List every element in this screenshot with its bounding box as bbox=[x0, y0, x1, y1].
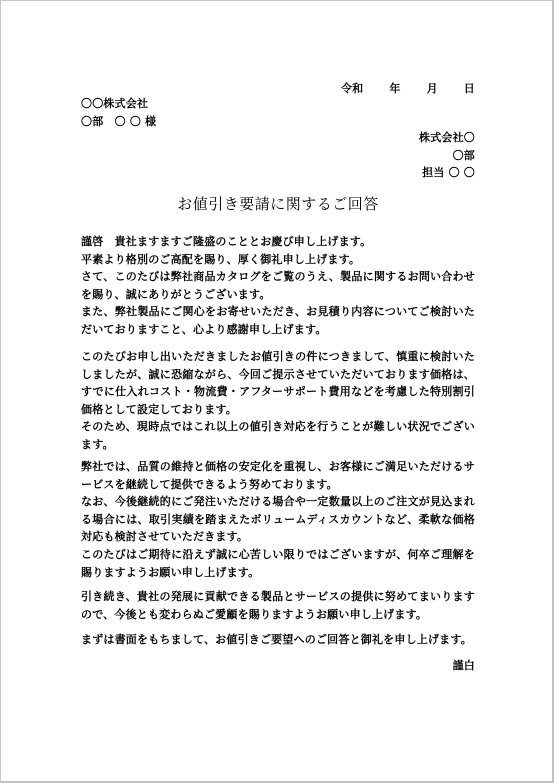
paragraph-line: 引き続き、貴社の発展に貢献できる製品とサービスの提供に努めてまいりますので、今後… bbox=[81, 588, 475, 623]
date-day: 日 bbox=[464, 80, 475, 98]
date-era: 令和 bbox=[341, 80, 363, 98]
sender-person: 担当 〇 〇 bbox=[419, 164, 475, 182]
recipient-person: 〇部 〇 〇 様 bbox=[81, 113, 156, 131]
paragraph-policy: 弊社では、品質の維持と価格の安定化を重視し、お客様にご満足いただけるサービスを継… bbox=[81, 458, 475, 546]
sender-block: 株式会社〇 〇部 担当 〇 〇 bbox=[419, 129, 475, 182]
paragraph-line: このたびはご期待に沿えず誠に心苦しい限りではございますが、何卒ご理解を賜りますよ… bbox=[81, 546, 475, 581]
sender-company: 株式会社〇 bbox=[419, 129, 475, 147]
paragraph-conclusion: まずは書面をもちまして、お値引きご要望へのご回答と御礼を申し上げます。 bbox=[81, 631, 475, 649]
date-line: 令和年月日 bbox=[341, 80, 475, 98]
paragraph-greeting: 謹啓 貴社ますますご隆盛のこととお慶び申し上げます。 平素より格別のご高配を賜り… bbox=[81, 233, 475, 268]
document-page: 令和年月日 〇〇株式会社 〇部 〇 〇 様 株式会社〇 〇部 担当 〇 〇 お値… bbox=[0, 0, 554, 783]
date-month: 月 bbox=[427, 80, 438, 98]
document-title: お値引き要請に関するご回答 bbox=[81, 196, 475, 214]
paragraph-decline: このたびお申し出いただきましたお値引きの件につきまして、慎重に検討いたしましたが… bbox=[81, 348, 475, 454]
paragraph-line: なお、今後継続的にご発注いただける場合や一定数量以上のご注文が見込まれる場合には… bbox=[81, 493, 475, 546]
paragraph-line: そのため、現時点ではこれ以上の値引き対応を行うことが難しい状況でございます。 bbox=[81, 418, 475, 453]
recipient-block: 〇〇株式会社 〇部 〇 〇 様 bbox=[81, 95, 156, 130]
paragraph-line: また、弊社製品にご関心をお寄せいただき、お見積り内容についてご検討いただいており… bbox=[81, 303, 475, 338]
closing-word: 謹白 bbox=[453, 657, 475, 675]
recipient-company: 〇〇株式会社 bbox=[81, 95, 156, 113]
paragraph-apology: このたびはご期待に沿えず誠に心苦しい限りではございますが、何卒ご理解を賜りますよ… bbox=[81, 546, 475, 581]
date-year: 年 bbox=[389, 80, 400, 98]
paragraph-line: まずは書面をもちまして、お値引きご要望へのご回答と御礼を申し上げます。 bbox=[81, 631, 475, 649]
paragraph-line: さて、このたびは弊社商品カタログをご覧のうえ、製品に関するお問い合わせを賜り、誠… bbox=[81, 268, 475, 303]
sender-department: 〇部 bbox=[419, 147, 475, 165]
paragraph-line: 謹啓 貴社ますますご隆盛のこととお慶び申し上げます。 bbox=[81, 233, 475, 251]
paragraph-continuation: 引き続き、貴社の発展に貢献できる製品とサービスの提供に努めてまいりますので、今後… bbox=[81, 588, 475, 623]
paragraph-line: このたびお申し出いただきましたお値引きの件につきまして、慎重に検討いたしましたが… bbox=[81, 348, 475, 418]
paragraph-line: 弊社では、品質の維持と価格の安定化を重視し、お客様にご満足いただけるサービスを継… bbox=[81, 458, 475, 493]
paragraph-thanks: さて、このたびは弊社商品カタログをご覧のうえ、製品に関するお問い合わせを賜り、誠… bbox=[81, 268, 475, 338]
paragraph-line: 平素より格別のご高配を賜り、厚く御礼申し上げます。 bbox=[81, 251, 475, 269]
